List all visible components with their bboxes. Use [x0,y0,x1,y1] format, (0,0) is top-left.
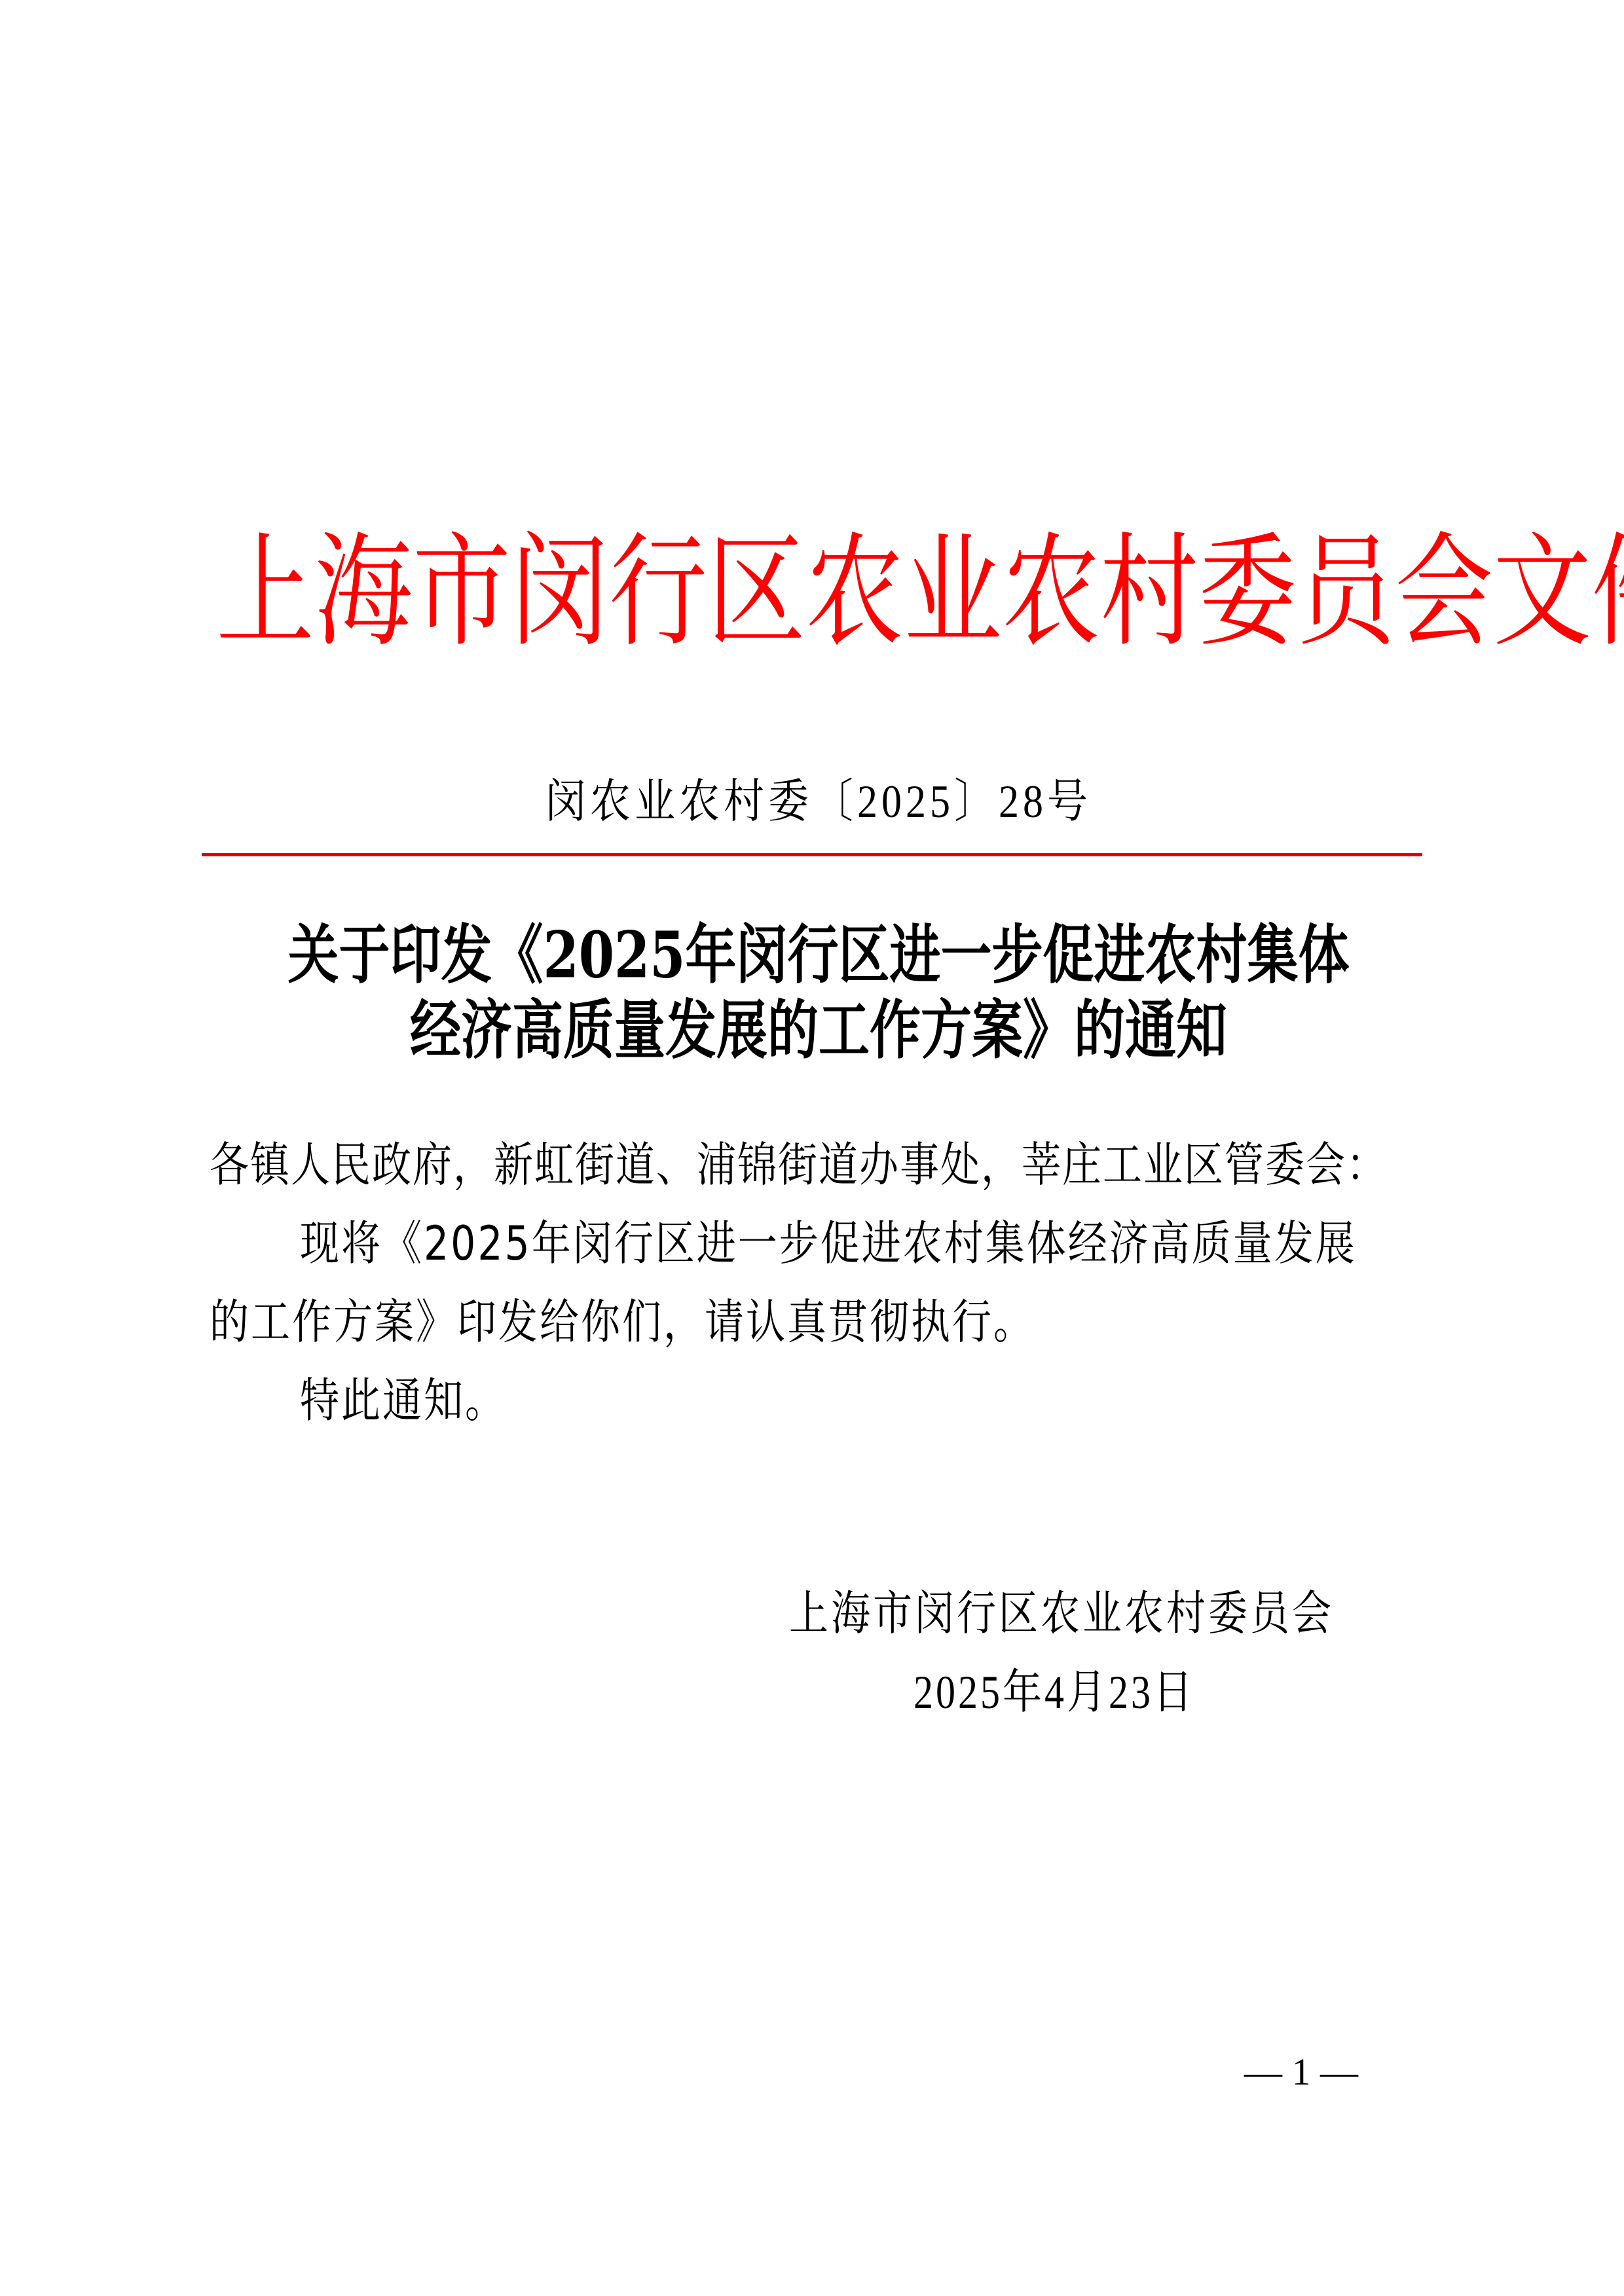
signature-organization: 上海市闵行区农业农村委员会 [789,1578,1334,1649]
body-paragraph-line-1: 现将《2025年闵行区进一步促进农村集体经济高质量发展 [300,1209,1357,1279]
addressee-line: 各镇人民政府，新虹街道、浦锦街道办事处，莘庄工业区管委会： [210,1130,1387,1201]
issuer-header-title: 上海市闵行区农业农村委员会文件 [216,507,1428,679]
document-title-line-1: 关于印发《2025年闵行区进一步促进农村集体 [196,915,1441,997]
signature-date: 2025年4月23日 [913,1657,1195,1728]
red-divider-rule [202,853,1422,856]
document-title-line-2: 经济高质量发展的工作方案》的通知 [196,991,1441,1072]
page-number: — 1 — [1244,2052,1358,2092]
closing-phrase: 特此通知。 [300,1366,506,1436]
body-paragraph-line-2: 的工作方案》印发给你们，请认真贯彻执行。 [210,1287,1035,1358]
document-number: 闵农业农村委〔2025〕28号 [196,768,1441,836]
